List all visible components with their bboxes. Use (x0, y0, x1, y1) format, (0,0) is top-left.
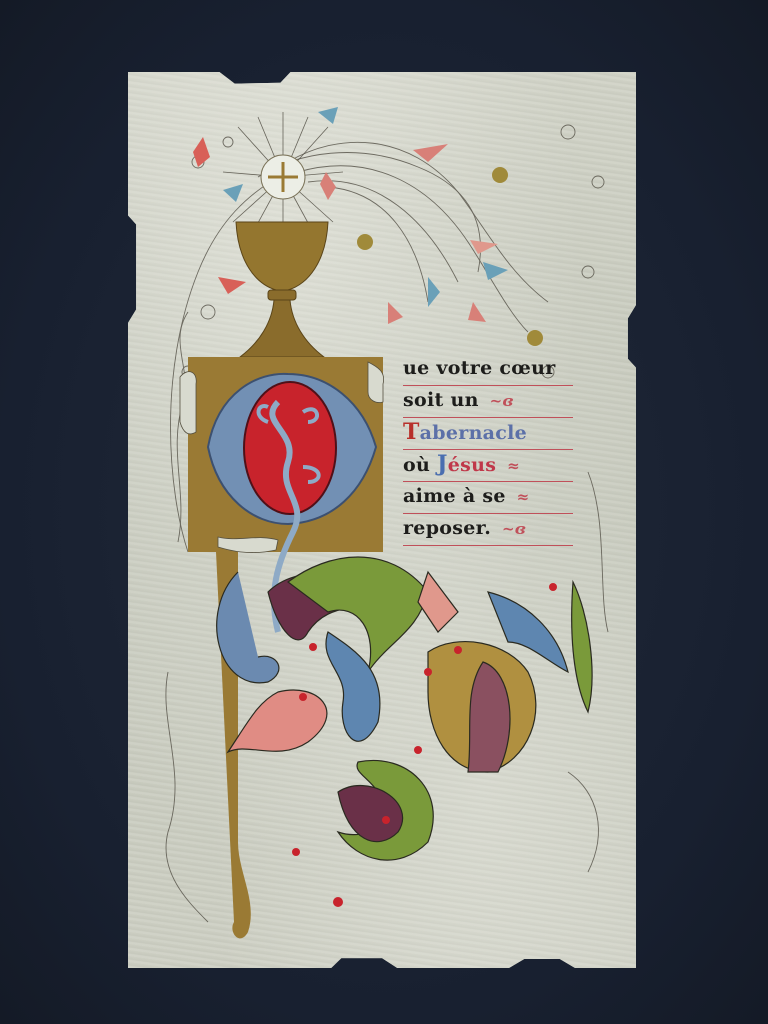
verse-line-4: où Jésus ≈ (403, 450, 573, 482)
flower-head-icon (492, 167, 508, 183)
verse-text-span: ue votre cœur (403, 357, 556, 379)
flourish-icon: ~ɞ (490, 392, 514, 410)
verse-line-3: Tabernacle (403, 418, 573, 450)
foliage-tail (217, 557, 592, 860)
chalice (236, 222, 328, 357)
verse-text: ue votre cœur soit un ~ɞ Tabernacle où J… (403, 354, 573, 546)
flourish-icon: ≈ (507, 457, 520, 475)
verse-text-span: abernacle (420, 422, 527, 444)
holy-card: ue votre cœur soit un ~ɞ Tabernacle où J… (128, 72, 636, 968)
verse-text-span: aime à se (403, 485, 506, 507)
flourish-icon: ~ɞ (502, 520, 526, 538)
verse-line-5: aime à se ≈ (403, 482, 573, 514)
verse-text-span: soit un (403, 389, 479, 411)
illuminated-capital-j: J (437, 451, 448, 477)
verse-text-span: reposer. (403, 517, 491, 539)
verse-line-1: ue votre cœur (403, 354, 573, 386)
flower-head-icon (357, 234, 373, 250)
verse-text-span: ésus (448, 454, 497, 476)
illuminated-capital-t: T (403, 419, 420, 445)
flourish-icon: ≈ (517, 488, 530, 506)
verse-text-span: où (403, 454, 437, 476)
verse-line-2: soit un ~ɞ (403, 386, 573, 418)
flower-head-icon (527, 330, 543, 346)
verse-line-6: reposer. ~ɞ (403, 514, 573, 546)
